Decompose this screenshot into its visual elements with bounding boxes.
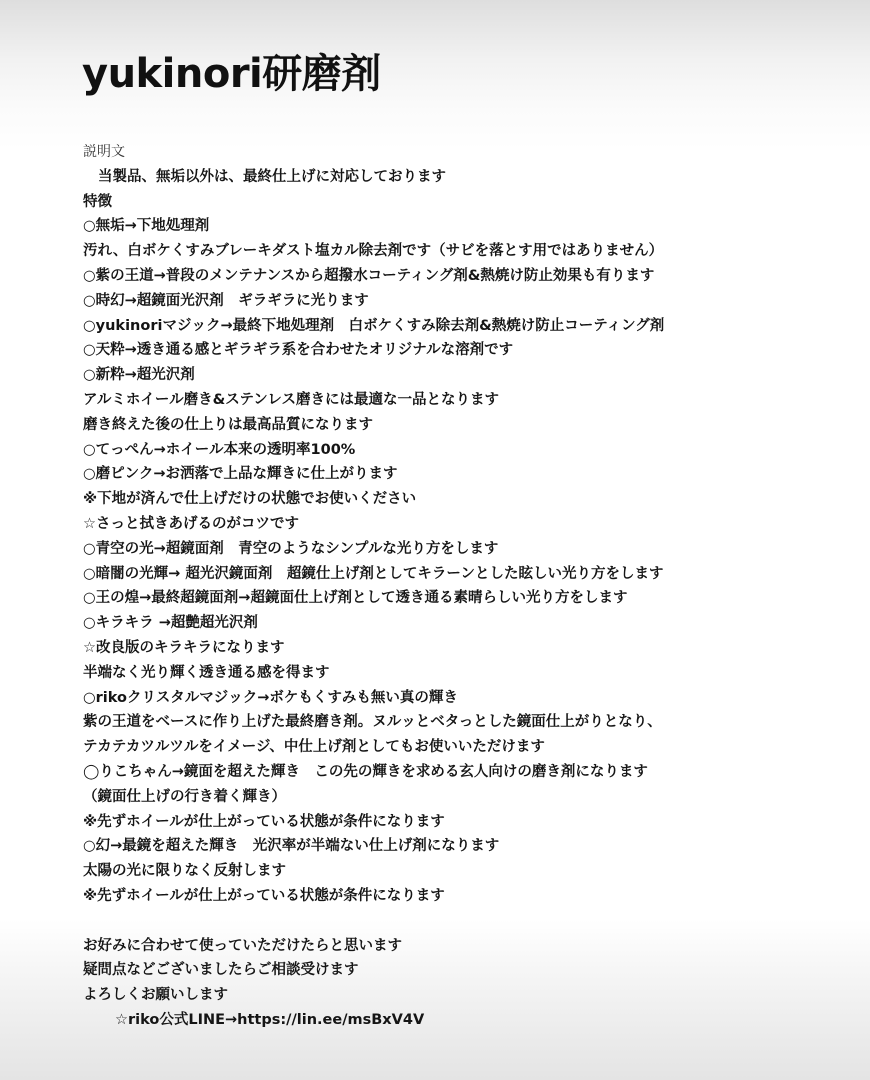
product-line: ○暗闇の光輝→ 超光沢鏡面剤 超鏡仕上げ剤としてキラーンとした眩しい光り方をしま… [83,562,843,587]
product-line: ○青空の光→超鏡面剤 青空のようなシンプルな光り方をします [83,537,843,562]
product-line: ○時幻→超鏡面光沢剤 ギラギラに光ります [83,289,843,314]
description-line: 半端なく光り輝く透き通る感を得ます [83,661,843,686]
product-line: ○磨ピンク→お洒落で上品な輝きに仕上がります [83,462,843,487]
product-line: ○キラキラ →超艶超光沢剤 [83,611,843,636]
contact-line: ☆riko公式LINE→https://lin.ee/msBxV4V [83,1008,843,1033]
blank-line [83,909,843,934]
product-line: ○無垢→下地処理剤 [83,214,843,239]
product-line: ○てっぺん→ホイール本来の透明率100% [83,438,843,463]
product-line: ○天粋→透き通る感とギラギラ系を合わせたオリジナルな溶剤です [83,338,843,363]
description-line: アルミホイール磨き&ステンレス磨きには最適な一品となります [83,388,843,413]
description-body: 説明文 当製品、無垢以外は、最終仕上げに対応しております 特徴 ○無垢→下地処理… [83,140,843,1033]
note-line: ※先ずホイールが仕上がっている状態が条件になります [83,884,843,909]
closing-line: お好みに合わせて使っていただけたらと思います [83,934,843,959]
product-line: ○幻→最鏡を超えた輝き 光沢率が半端ない仕上げ剤になります [83,834,843,859]
section-label: 説明文 [83,140,843,165]
features-heading: 特徴 [83,190,843,215]
description-line: テカテカツルツルをイメージ、中仕上げ剤としてもお使いいただけます [83,735,843,760]
product-line: ◯りこちゃん→鏡面を超えた輝き この先の輝きを求める玄人向けの磨き剤になります [83,760,843,785]
product-line: ○王の煌→最終超鏡面剤→超鏡面仕上げ剤として透き通る素晴らしい光り方をします [83,586,843,611]
product-line: ○rikoクリスタルマジック→ボケもくすみも無い真の輝き [83,686,843,711]
product-line: ○yukinoriマジック→最終下地処理剤 白ボケくすみ除去剤&熱焼け防止コーテ… [83,314,843,339]
line-contact-link[interactable]: https://lin.ee/msBxV4V [237,1012,424,1028]
description-line: 紫の王道をベースに作り上げた最終磨き剤。ヌルッとベタっとした鏡面仕上がりとなり、 [83,710,843,735]
contact-prefix: ☆riko公式LINE→ [115,1012,237,1028]
description-line: （鏡面仕上げの行き着く輝き） [83,785,843,810]
intro-line: 当製品、無垢以外は、最終仕上げに対応しております [83,165,843,190]
description-line: 磨き終えた後の仕上りは最高品質になります [83,413,843,438]
description-line: 汚れ、白ボケくすみブレーキダスト塩カル除去剤です（サビを落とす用ではありません） [83,239,843,264]
tip-line: ☆さっと拭きあげるのがコツです [83,512,843,537]
page-title: yukinori研磨剤 [82,46,381,102]
product-line: ○新粋→超光沢剤 [83,363,843,388]
description-line: 太陽の光に限りなく反射します [83,859,843,884]
note-line: ※先ずホイールが仕上がっている状態が条件になります [83,810,843,835]
tip-line: ☆改良版のキラキラになります [83,636,843,661]
note-line: ※下地が済んで仕上げだけの状態でお使いください [83,487,843,512]
product-line: ○紫の王道→普段のメンテナンスから超撥水コーティング剤&熱焼け防止効果も有ります [83,264,843,289]
closing-line: よろしくお願いします [83,983,843,1008]
closing-line: 疑問点などございましたらご相談受けます [83,958,843,983]
